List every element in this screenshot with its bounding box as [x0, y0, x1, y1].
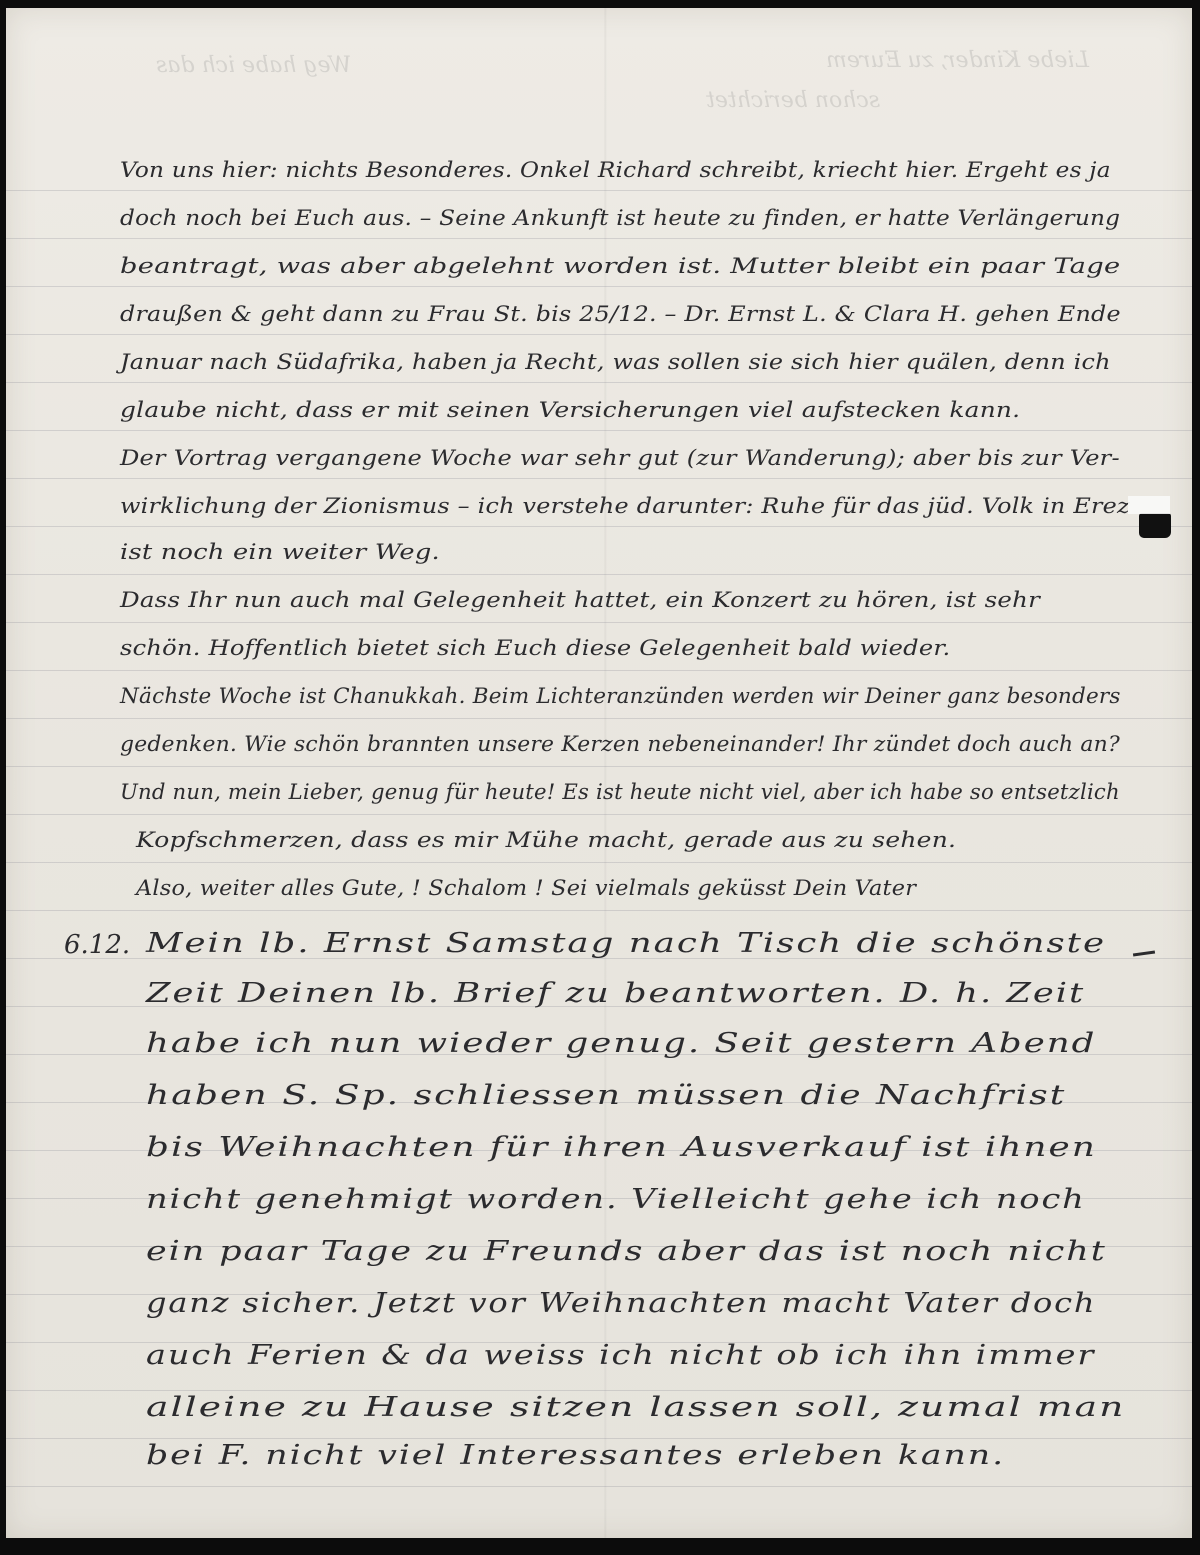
ink-blot: [1139, 513, 1171, 538]
letter-line: ein paar Tage zu Freunds aber das ist no…: [146, 1236, 1107, 1267]
letter-line: wirklichung der Zionismus – ich verstehe…: [120, 494, 1130, 518]
letter-line: Dass Ihr nun auch mal Gelegenheit hattet…: [120, 588, 1040, 612]
show-through-line: schon berichtet: [706, 88, 880, 113]
letter-line: ist noch ein weiter Weg.: [120, 540, 440, 564]
letter-line: schön. Hoffentlich bietet sich Euch dies…: [120, 636, 950, 660]
letter-line: Kopfschmerzen, dass es mir Mühe macht, g…: [136, 828, 956, 852]
letter-line: doch noch bei Euch aus. – Seine Ankunft …: [120, 206, 1120, 230]
letter-page: Liebe Kinder, zu Eurem Weg habe ich das …: [6, 8, 1192, 1538]
letter-line: Und nun, mein Lieber, genug für heute! E…: [120, 780, 1120, 804]
dash-mark: [1133, 950, 1155, 956]
letter-line: glaube nicht, dass er mit seinen Versich…: [120, 398, 1020, 422]
show-through-line: Liebe Kinder, zu Eurem: [826, 48, 1089, 73]
letter-line: nicht genehmigt worden. Vielleicht gehe …: [146, 1184, 1086, 1215]
letter-line: Nächste Woche ist Chanukkah. Beim Lichte…: [120, 684, 1121, 708]
letter-line: draußen & geht dann zu Frau St. bis 25/1…: [120, 302, 1121, 326]
letter-line: Von uns hier: nichts Besonderes. Onkel R…: [120, 158, 1111, 182]
letter-line: alleine zu Hause sitzen lassen soll, zum…: [146, 1392, 1126, 1423]
letter-line: habe ich nun wieder genug. Seit gestern …: [146, 1028, 1096, 1059]
margin-date: 6.12.: [64, 930, 130, 960]
letter-line: bis Weihnachten für ihren Ausverkauf ist…: [146, 1132, 1097, 1163]
letter-line: Januar nach Südafrika, haben ja Recht, w…: [120, 350, 1111, 374]
letter-line: Der Vortrag vergangene Woche war sehr gu…: [120, 446, 1120, 470]
letter-line: ganz sicher. Jetzt vor Weihnachten macht…: [146, 1288, 1096, 1319]
letter-line: beantragt, was aber abgelehnt worden ist…: [120, 254, 1120, 278]
letter-line: gedenken. Wie schön brannten unsere Kerz…: [120, 732, 1120, 756]
show-through-line: Weg habe ich das: [156, 53, 351, 78]
letter-line: haben S. Sp. schliessen müssen die Nachf…: [146, 1080, 1066, 1111]
letter-line: Mein lb. Ernst Samstag nach Tisch die sc…: [146, 928, 1106, 959]
letter-line-signature: Also, weiter alles Gute, ! Schalom ! Sei…: [136, 876, 916, 900]
letter-line: Zeit Deinen lb. Brief zu beantworten. D.…: [146, 978, 1085, 1009]
letter-line: bei F. nicht viel Interessantes erleben …: [146, 1440, 1005, 1471]
tape-patch: [1128, 496, 1170, 514]
letter-line: auch Ferien & da weiss ich nicht ob ich …: [146, 1340, 1095, 1371]
